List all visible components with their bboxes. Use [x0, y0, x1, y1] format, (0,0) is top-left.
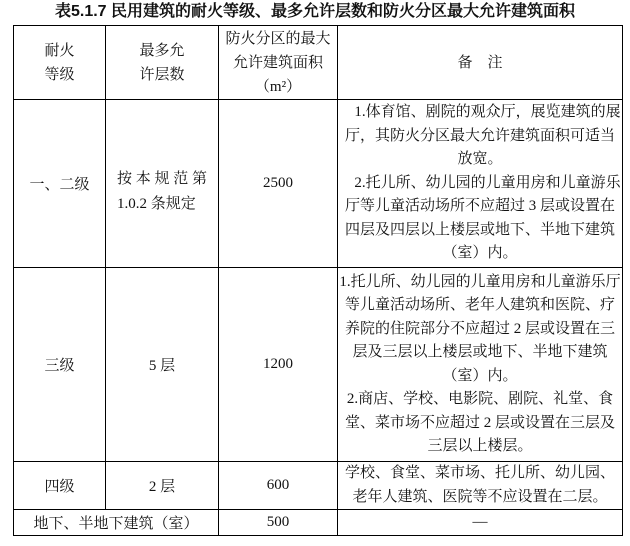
floors-cell: 5 层: [106, 268, 219, 462]
header-remarks: 备 注: [338, 26, 623, 100]
area-cell: 1200: [219, 268, 338, 462]
header-fire-rating: 耐火 等级: [14, 26, 106, 100]
table-row: 一、二级 按 本 规 范 第 1.0.2 条规定 2500 1.体育馆、剧院的观…: [14, 100, 623, 268]
remark-cell: 1.托儿所、幼儿园的儿童用房和儿童游乐厅等儿童活动场所、老年人建筑和医院、疗养院…: [338, 268, 623, 462]
area-cell: 500: [219, 510, 338, 536]
table-header-row: 耐火 等级 最多允 许层数 防火分区的最大 允许建筑面积 （m²） 备 注: [14, 26, 623, 100]
document-page: 表5.1.7 民用建筑的耐火等级、最多允许层数和防火分区最大允许建筑面积 耐火 …: [0, 0, 630, 546]
table-row: 四级 2 层 600 学校、食堂、菜市场、托儿所、幼儿园、老年人建筑、医院等不应…: [14, 462, 623, 510]
area-cell: 600: [219, 462, 338, 510]
remark-cell: 1.体育馆、剧院的观众厅，展览建筑的展厅，其防火分区最大允许建筑面积可适当放宽。…: [338, 100, 623, 268]
floors-text: 按 本 规 范 第 1.0.2 条规定: [117, 167, 207, 217]
header-max-area: 防火分区的最大 允许建筑面积 （m²）: [219, 26, 338, 100]
floors-cell: 2 层: [106, 462, 219, 510]
rating-cell-merged: 地下、半地下建筑（室）: [14, 510, 219, 536]
table-title: 表5.1.7 民用建筑的耐火等级、最多允许层数和防火分区最大允许建筑面积: [0, 0, 630, 22]
fire-rating-table: 耐火 等级 最多允 许层数 防火分区的最大 允许建筑面积 （m²） 备 注 一、…: [13, 25, 623, 536]
rating-cell: 四级: [14, 462, 106, 510]
table-row: 三级 5 层 1200 1.托儿所、幼儿园的儿童用房和儿童游乐厅等儿童活动场所、…: [14, 268, 623, 462]
remark-cell: 学校、食堂、菜市场、托儿所、幼儿园、老年人建筑、医院等不应设置在二层。: [338, 462, 623, 510]
area-cell: 2500: [219, 100, 338, 268]
table-row: 地下、半地下建筑（室） 500 —: [14, 510, 623, 536]
rating-cell: 一、二级: [14, 100, 106, 268]
floors-cell: 按 本 规 范 第 1.0.2 条规定: [106, 100, 219, 268]
header-max-floors: 最多允 许层数: [106, 26, 219, 100]
rating-cell: 三级: [14, 268, 106, 462]
remark-cell: —: [338, 510, 623, 536]
